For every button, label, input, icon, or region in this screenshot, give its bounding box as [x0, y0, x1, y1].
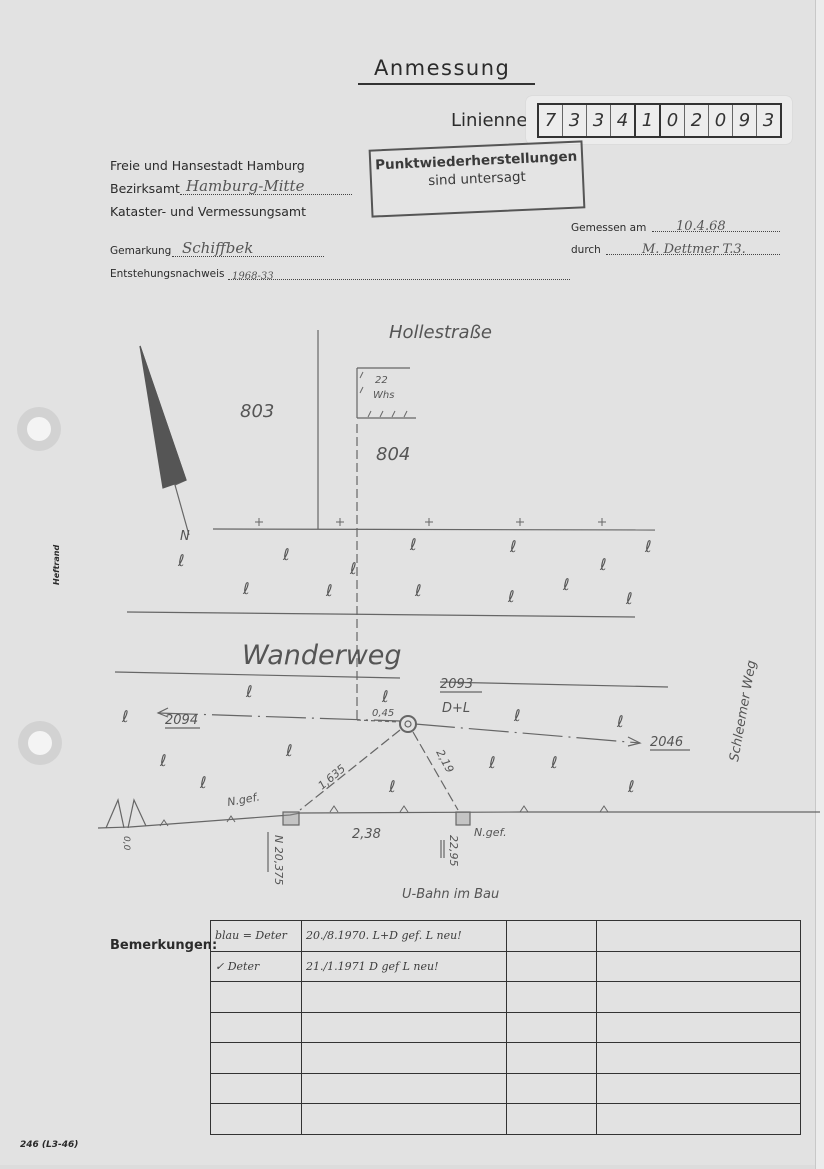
entstehung-value: 1968-33: [232, 271, 274, 282]
remarks-cell: [506, 1012, 596, 1043]
remarks-cell: [211, 1012, 302, 1043]
remarks-row: [211, 1073, 801, 1104]
punch-hole-top: [27, 417, 51, 441]
point-number-digit: 4: [611, 105, 636, 136]
title-underline: [358, 83, 535, 85]
remarks-cell: [506, 982, 596, 1013]
point-number-digit: 1: [636, 105, 661, 136]
remarks-cell: 21./1.1971 D gef L neu!: [301, 951, 506, 982]
gemessen-field: 10.4.68: [652, 215, 780, 232]
bezirksamt-value: Hamburg-Mitte: [186, 177, 304, 195]
remarks-table: blau = Deter20./8.1970. L+D gef. L neu!✓…: [210, 920, 801, 1135]
remarks-cell: [596, 1104, 800, 1135]
bezirksamt-field: Hamburg-Mitte: [180, 176, 352, 195]
point-number-digit: 7: [539, 105, 563, 136]
gemarkung-label: Gemarkung: [110, 245, 171, 257]
remarks-row: blau = Deter20./8.1970. L+D gef. L neu!: [211, 921, 801, 952]
point-number-digit: 3: [563, 105, 587, 136]
entstehung-field: 1968-33: [228, 264, 570, 280]
point-number-digit: 9: [733, 105, 757, 136]
form-title: Anmessung: [374, 56, 510, 80]
remarks-row: [211, 1104, 801, 1135]
remarks-cell: [301, 1012, 506, 1043]
remarks-cell: [211, 982, 302, 1013]
heftrand-label: Heftrand: [52, 545, 61, 585]
remarks-cell: [596, 1043, 800, 1074]
remarks-cell: [506, 1043, 596, 1074]
point-number-digit: 2: [685, 105, 709, 136]
remarks-cell: [301, 1043, 506, 1074]
remarks-cell: ✓ Deter: [211, 951, 302, 982]
remarks-row: [211, 982, 801, 1013]
authority-line-1: Freie und Hansestadt Hamburg: [110, 158, 305, 173]
durch-label: durch: [571, 244, 601, 256]
remarks-cell: [596, 1012, 800, 1043]
linien-label: Linienne: [451, 110, 527, 131]
page-edge: [815, 0, 824, 1169]
gemessen-label: Gemessen am: [571, 222, 646, 234]
remarks-cell: [211, 1043, 302, 1074]
entstehung-label: Entstehungsnachweis: [110, 268, 225, 280]
remarks-row: [211, 1012, 801, 1043]
point-number-digit: 3: [757, 105, 780, 136]
gemarkung-value: Schiffbek: [182, 239, 253, 257]
bezirksamt-label: Bezirksamt: [110, 181, 180, 196]
remarks-cell: [506, 921, 596, 952]
stamp-restoration-prohibited: Punktwiederherstellungen sind untersagt: [369, 140, 586, 217]
remarks-cell: [211, 1104, 302, 1135]
remarks-cell: [506, 951, 596, 982]
remarks-cell: [506, 1073, 596, 1104]
authority-line-3: Kataster- und Vermessungsamt: [110, 204, 306, 219]
gemarkung-field: Schiffbek: [172, 238, 324, 257]
remarks-cell: [301, 982, 506, 1013]
remarks-row: [211, 1043, 801, 1074]
remarks-row: ✓ Deter21./1.1971 D gef L neu!: [211, 951, 801, 982]
remarks-cell: [301, 1104, 506, 1135]
remarks-cell: [596, 921, 800, 952]
remarks-label: Bemerkungen:: [110, 938, 217, 953]
remarks-cell: [301, 1073, 506, 1104]
point-number-digit: 0: [661, 105, 685, 136]
remarks-cell: [506, 1104, 596, 1135]
gemessen-value: 10.4.68: [676, 219, 726, 234]
remarks-cell: [211, 1073, 302, 1104]
remarks-cell: blau = Deter: [211, 921, 302, 952]
remarks-cell: 20./8.1970. L+D gef. L neu!: [301, 921, 506, 952]
form-number: 246 (L3-46): [20, 1140, 78, 1150]
point-number-digit: 3: [587, 105, 611, 136]
point-number-boxes: 7334102093: [537, 103, 782, 138]
durch-field: M. Dettmer T.3.: [606, 238, 780, 255]
point-number-digit: 0: [709, 105, 733, 136]
punch-hole-bottom: [28, 731, 52, 755]
remarks-cell: [596, 951, 800, 982]
remarks-cell: [596, 982, 800, 1013]
durch-value: M. Dettmer T.3.: [642, 242, 746, 257]
remarks-cell: [596, 1073, 800, 1104]
